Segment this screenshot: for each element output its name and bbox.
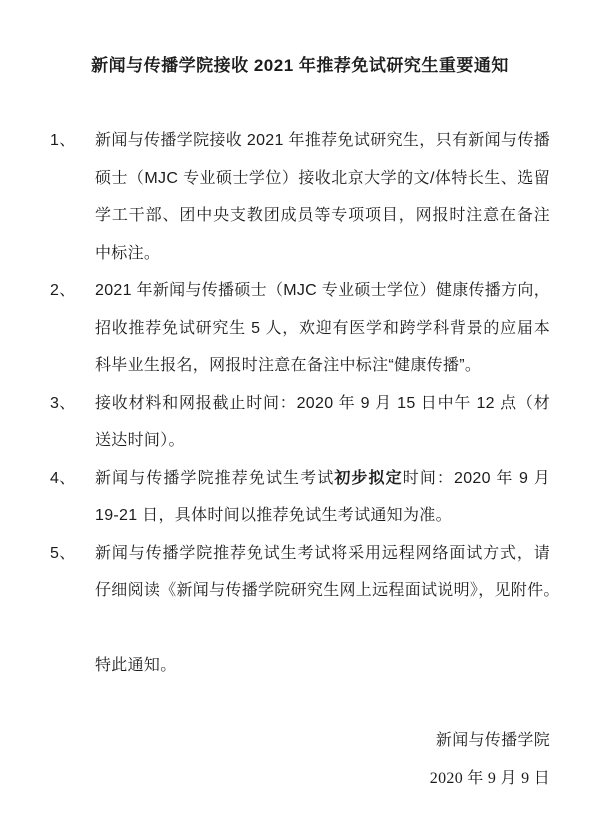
list-item: 5、 新闻与传播学院推荐免试生考试将采用远程网络面试方式，请 仔细阅读《新闻与传…	[50, 535, 550, 610]
list-item: 3、 接收材料和网报截止时间：2020 年 9 月 15 日中午 12 点（材料…	[50, 385, 550, 460]
list-item: 1、 新闻与传播学院接收 2021 年推荐免试研究生，只有新闻与传播 硕士（MJ…	[50, 122, 550, 272]
list-item-content: 新闻与传播学院推荐免试生考试将采用远程网络面试方式，请 仔细阅读《新闻与传播学院…	[95, 535, 550, 610]
list-item-number: 5、	[50, 535, 95, 573]
notice-list: 1、 新闻与传播学院接收 2021 年推荐免试研究生，只有新闻与传播 硕士（MJ…	[50, 122, 550, 610]
notice-line: 学工干部、团中央支教团成员等专项项目，网报时注意在备注	[95, 197, 550, 235]
list-item-content: 新闻与传播学院接收 2021 年推荐免试研究生，只有新闻与传播 硕士（MJC 专…	[95, 122, 550, 272]
list-item-content: 新闻与传播学院推荐免试生考试初步拟定时间：2020 年 9 月 19-21 日，…	[95, 460, 550, 535]
date: 2020 年 9 月 9 日	[50, 760, 550, 798]
notice-line: 送达时间）。	[95, 422, 550, 460]
notice-line-segment: 新闻与传播学院推荐免试生考试	[95, 470, 334, 487]
list-item-number: 1、	[50, 122, 95, 160]
list-item: 4、 新闻与传播学院推荐免试生考试初步拟定时间：2020 年 9 月 19-21…	[50, 460, 550, 535]
list-item: 2、 2021 年新闻与传播硕士（MJC 专业硕士学位）健康传播方向， 招收推荐…	[50, 272, 550, 385]
list-item-number: 2、	[50, 272, 95, 310]
notice-line: 新闻与传播学院推荐免试生考试初步拟定时间：2020 年 9 月	[95, 460, 550, 498]
notice-line-segment: 时间：2020 年 9 月	[403, 470, 550, 487]
notice-line: 2021 年新闻与传播硕士（MJC 专业硕士学位）健康传播方向，	[95, 272, 550, 310]
notice-line: 仔细阅读《新闻与传播学院研究生网上远程面试说明》，见附件。	[95, 572, 550, 610]
signature: 新闻与传播学院	[50, 722, 550, 760]
page-title: 新闻与传播学院接收 2021 年推荐免试研究生重要通知	[50, 47, 550, 85]
notice-line: 新闻与传播学院接收 2021 年推荐免试研究生，只有新闻与传播	[95, 122, 550, 160]
list-item-number: 4、	[50, 460, 95, 498]
notice-line: 科毕业生报名，网报时注意在备注中标注“健康传播”。	[95, 347, 550, 385]
closing-text: 特此通知。	[95, 647, 550, 685]
list-item-number: 3、	[50, 385, 95, 423]
notice-line: 接收材料和网报截止时间：2020 年 9 月 15 日中午 12 点（材料	[95, 385, 550, 423]
notice-line-bold-segment: 初步拟定	[334, 470, 402, 487]
notice-line: 中标注。	[95, 235, 550, 273]
notice-line: 招收推荐免试研究生 5 人，欢迎有医学和跨学科背景的应届本	[95, 310, 550, 348]
notice-document: 新闻与传播学院接收 2021 年推荐免试研究生重要通知 1、 新闻与传播学院接收…	[0, 0, 600, 825]
list-item-content: 接收材料和网报截止时间：2020 年 9 月 15 日中午 12 点（材料 送达…	[95, 385, 550, 460]
notice-line: 新闻与传播学院推荐免试生考试将采用远程网络面试方式，请	[95, 535, 550, 573]
notice-line: 19-21 日，具体时间以推荐免试生考试通知为准。	[95, 497, 550, 535]
list-item-content: 2021 年新闻与传播硕士（MJC 专业硕士学位）健康传播方向， 招收推荐免试研…	[95, 272, 550, 385]
notice-line: 硕士（MJC 专业硕士学位）接收北京大学的文/体特长生、选留	[95, 160, 550, 198]
